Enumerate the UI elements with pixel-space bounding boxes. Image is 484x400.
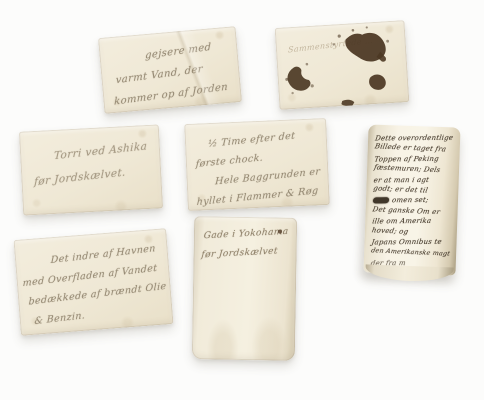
notecard-yokohama: Gade i Yokohama før Jordskælvet xyxy=(192,216,297,361)
notecard-geysers: gejsere med varmt Vand, der kommer op af… xyxy=(98,26,242,114)
handwritten-text: Torri ved Ashika før Jordskælvet. xyxy=(18,122,163,194)
handwritten-text: Gade i Yokohama før Jordskælvet xyxy=(193,215,298,265)
handwritten-text-dense: Dette overordentlige Billede er taget fr… xyxy=(364,124,461,269)
handwriting-line: før Jordskælvet xyxy=(200,241,298,265)
handwriting-line: kommer op af Jorden xyxy=(114,75,241,113)
notecard-stained: Sammenstyrtede … xyxy=(275,20,410,110)
notecard-torii: Torri ved Ashika før Jordskælvet. xyxy=(19,124,163,215)
handwriting-line: gejsere med xyxy=(145,33,237,66)
handwritten-text: Det indre af Havnen med Overfladen af Va… xyxy=(13,227,174,331)
notecard-first-shock: ½ Time efter det første chock. Hele Bagg… xyxy=(184,118,330,211)
handwriting-line: varmt Vand, der xyxy=(116,54,239,91)
handwriting-line: der fra m xyxy=(370,258,453,269)
ink-spot xyxy=(278,230,282,234)
notecard-rolled: Dette overordentlige Billede er taget fr… xyxy=(363,124,460,275)
notecard-harbour: Det indre af Havnen med Overfladen af Va… xyxy=(13,228,173,336)
handwritten-text: gejsere med varmt Vand, der kommer op af… xyxy=(97,24,242,112)
ink-stain-blobs xyxy=(275,20,410,110)
handwritten-text: ½ Time efter det første chock. Hele Bagg… xyxy=(183,116,331,212)
photo-of-notecards: gejsere med varmt Vand, der kommer op af… xyxy=(0,0,484,400)
